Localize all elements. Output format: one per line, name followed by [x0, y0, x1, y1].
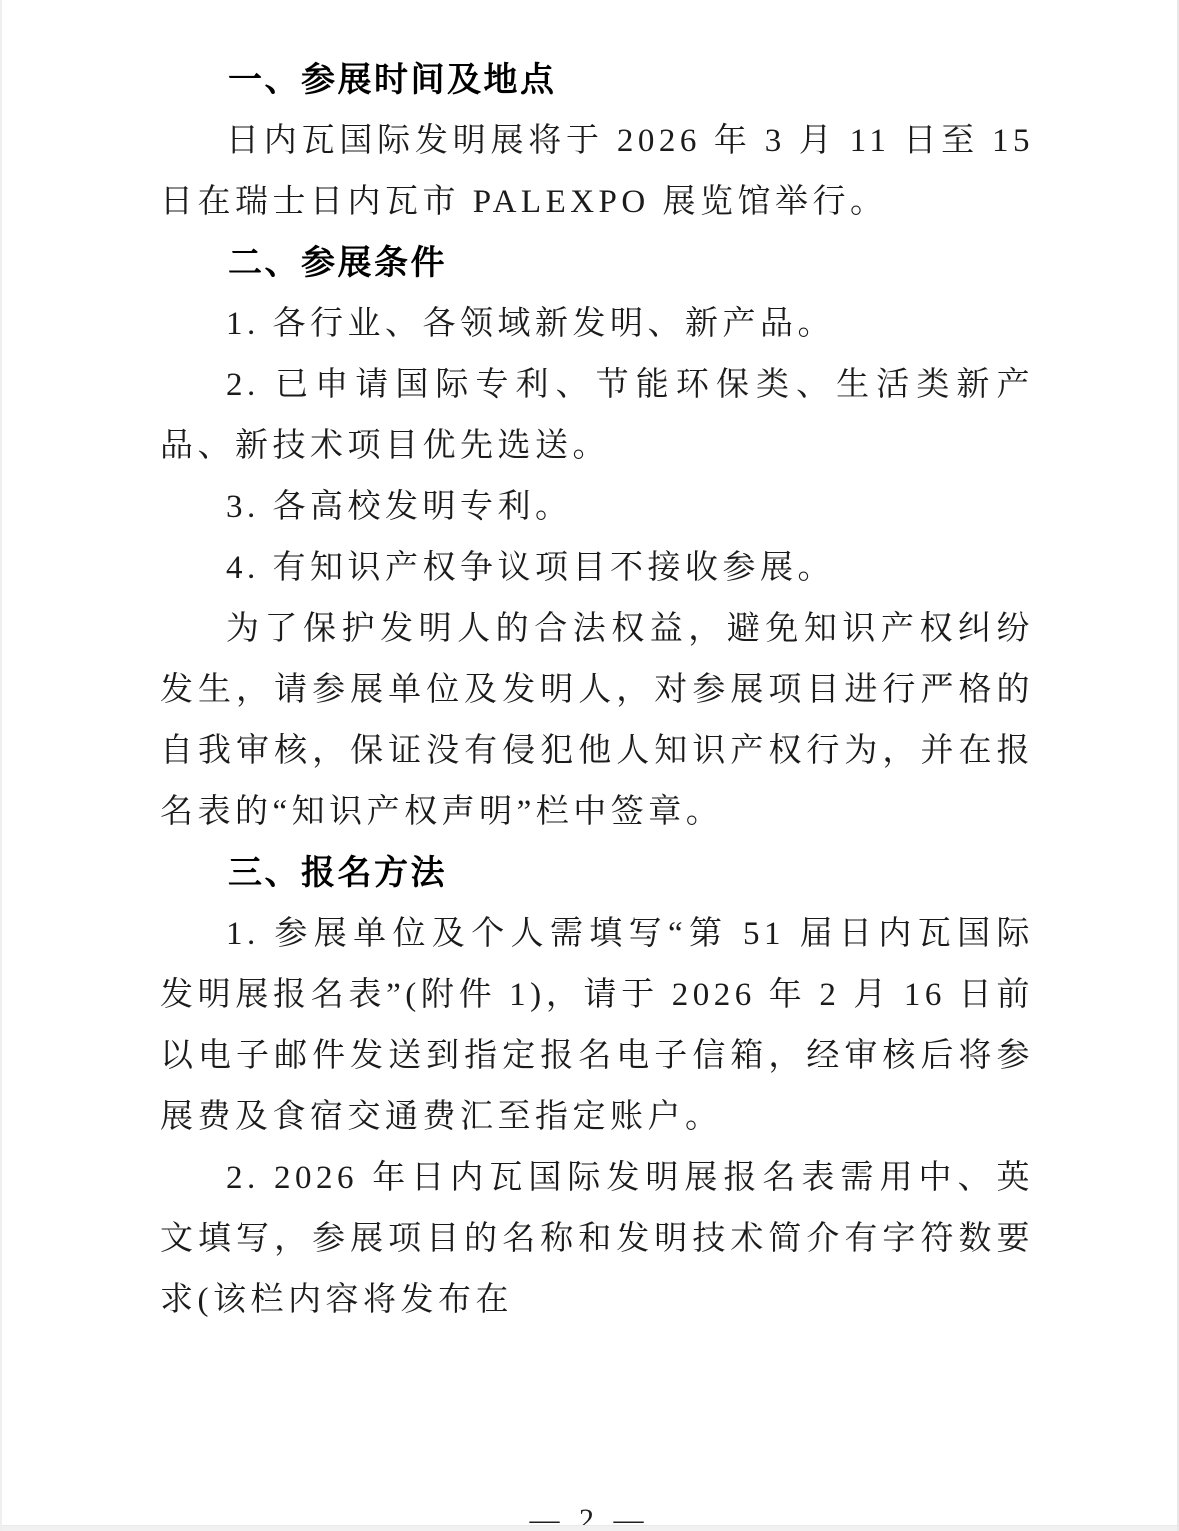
paragraph: 1. 各行业、各领域新发明、新产品。: [160, 294, 1034, 355]
document-page: 一、参展时间及地点日内瓦国际发明展将于 2026 年 3 月 11 日至 15 …: [0, 0, 1179, 1531]
paragraph: 2. 2026 年日内瓦国际发明展报名表需用中、英文填写，参展项目的名称和发明技…: [160, 1148, 1034, 1331]
paragraph: 2. 已申请国际专利、节能环保类、生活类新产品、新技术项目优先选送。: [160, 355, 1034, 477]
section-heading: 二、参展条件: [160, 233, 1034, 294]
paragraph: 3. 各高校发明专利。: [160, 477, 1034, 538]
document-body: 一、参展时间及地点日内瓦国际发明展将于 2026 年 3 月 11 日至 15 …: [160, 50, 1034, 1331]
paragraph: 日内瓦国际发明展将于 2026 年 3 月 11 日至 15 日在瑞士日内瓦市 …: [160, 111, 1034, 233]
paragraph: 4. 有知识产权争议项目不接收参展。: [160, 538, 1034, 599]
paragraph: 为了保护发明人的合法权益，避免知识产权纠纷发生，请参展单位及发明人，对参展项目进…: [160, 599, 1034, 843]
section-heading: 三、报名方法: [160, 843, 1034, 904]
section-heading: 一、参展时间及地点: [160, 50, 1034, 111]
paragraph: 1. 参展单位及个人需填写“第 51 届日内瓦国际发明展报名表”(附件 1)，请…: [160, 904, 1034, 1148]
page-bottom-edge: [2, 1525, 1177, 1531]
